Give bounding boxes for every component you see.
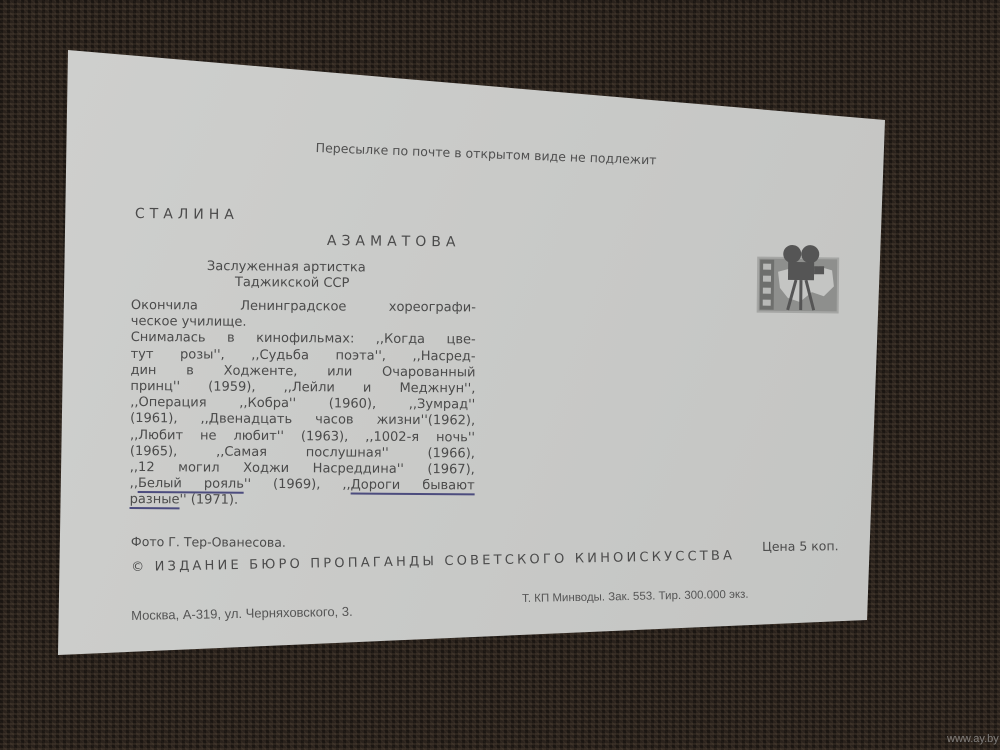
biography: Окончила Ленинградское хореографи- ческо… [130, 298, 476, 511]
film-title-underlined: Дороги бывают [351, 478, 475, 496]
film-title-underlined: разные [130, 492, 180, 509]
watermark: www.ay.by [947, 733, 999, 745]
honorary-title-line2: Таджикской ССР [235, 275, 350, 291]
bio-line: Снималась в кинофильмах: ,,Когда цве- [131, 330, 476, 349]
bio-text: '' (1971). [179, 493, 238, 508]
price: Цена 5 коп. [762, 538, 839, 554]
bio-line-underlined: разные'' (1971). [130, 492, 475, 511]
honorary-title-line1: Заслуженная артистка [207, 259, 366, 275]
actress-first-name: СТАЛИНА [135, 206, 239, 223]
actress-last-name: АЗАМАТОВА [327, 233, 461, 250]
film-camera-map-icon [752, 242, 841, 315]
film-title-underlined: Белый рояль [138, 476, 244, 494]
bio-text: '' (1969), ,, [244, 477, 351, 493]
photo-credit: Фото Г. Тер-Ованесова. [131, 534, 286, 550]
bio-line: (1961), ,,Двенадцать часов жизни''(1962)… [130, 411, 475, 430]
